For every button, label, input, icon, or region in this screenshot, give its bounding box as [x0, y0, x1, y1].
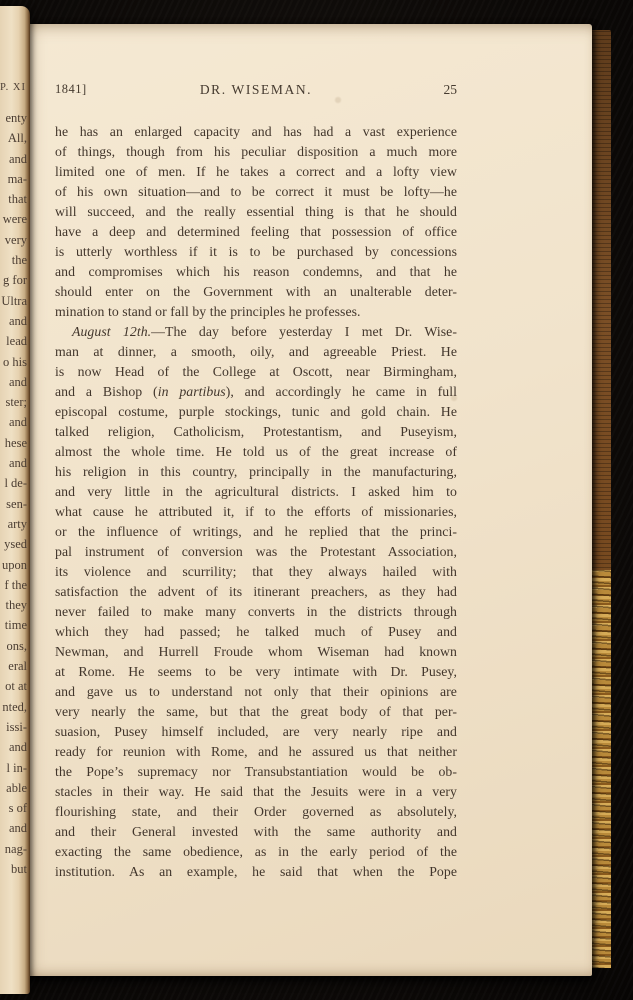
opposite-page-text-fragment: and [0, 737, 30, 757]
book-page: 1841] DR. WISEMAN. 25 he has an enlarged… [26, 24, 592, 976]
text-line: and gave us to understand not only that … [55, 682, 457, 702]
opposite-page-text-fragment: ma- [0, 169, 30, 189]
text-line: should enter on the Government with an u… [55, 282, 457, 302]
text-segment: exacting the same obedience, as in the e… [55, 844, 457, 859]
opposite-page-text-fragment: lead [0, 331, 30, 351]
opposite-page-text-fragment: issi- [0, 717, 30, 737]
page-header: 1841] DR. WISEMAN. 25 [55, 82, 457, 102]
text-segment: which they had passed; he talked much of… [55, 624, 457, 639]
text-line: which they had passed; he talked much of… [55, 622, 457, 642]
text-line: the Pope’s supremacy nor Transubstantiat… [55, 762, 457, 782]
gilt-pattern [590, 570, 611, 968]
opposite-page-text-fragment: ons, [0, 636, 30, 656]
text-line: and their General invested with the same… [55, 822, 457, 842]
text-line: satisfaction the advent of its itinerant… [55, 582, 457, 602]
opposite-page-text-fragment: nag- [0, 839, 30, 859]
text-segment: have a deep and determined feeling that … [55, 224, 457, 239]
text-line: mination to stand or fall by the princip… [55, 302, 457, 322]
opposite-page-text-fragment: they [0, 595, 30, 615]
opposite-page-text-fragment: Ultra [0, 291, 30, 311]
text-line: man at dinner, a smooth, oily, and agree… [55, 342, 457, 362]
opposite-page-text-fragment: ot at [0, 676, 30, 696]
opposite-page-text-fragment: upon [0, 555, 30, 575]
text-segment: will succeed, and the really essential t… [55, 204, 457, 219]
text-line: have a deep and determined feeling that … [55, 222, 457, 242]
opposite-page-text-fragment: were [0, 209, 30, 229]
opposite-page-text-fragment: and [0, 311, 30, 331]
text-line: August 12th.—The day before yesterday I … [55, 322, 457, 342]
header-page-number: 25 [444, 82, 458, 98]
text-segment: pal instrument of conversion was the Pro… [55, 544, 457, 559]
opposite-page-text-fragment: All, [0, 128, 30, 148]
text-line: what cause he attributed it, if to the e… [55, 502, 457, 522]
text-line: Newman, and Hurrell Froude whom Wiseman … [55, 642, 457, 662]
text-line: suasion, Pusey himself included, are ver… [55, 722, 457, 742]
opposite-page-text-fragment: time [0, 615, 30, 635]
text-line: pal instrument of conversion was the Pro… [55, 542, 457, 562]
text-segment: the Pope’s supremacy nor Transubstantiat… [55, 764, 457, 779]
opposite-page-text-fragment: l de- [0, 473, 30, 493]
text-line: or the influence of writings, and he rep… [55, 522, 457, 542]
text-segment: suasion, Pusey himself included, are ver… [55, 724, 457, 739]
opposite-page-fragments: entyAll,andma-thatwereverytheg forUltraa… [0, 108, 30, 879]
opposite-page-text-fragment: o his [0, 352, 30, 372]
text-segment: of things, though from his peculiar disp… [55, 144, 457, 159]
text-line: at Rome. He seems to be very intimate wi… [55, 662, 457, 682]
book-fore-edge [590, 30, 611, 968]
text-segment: and compromises which his reason condemn… [55, 264, 457, 279]
text-segment: of his own situation—and to be correct i… [55, 184, 457, 199]
text-line: and a Bishop (in partibus), and accordin… [55, 382, 457, 402]
opposite-page-text-fragment: very [0, 230, 30, 250]
text-segment: stacles in their way. He said that the J… [55, 784, 457, 799]
opposite-page-text-fragment: sen- [0, 494, 30, 514]
text-segment-italic: in partibus [158, 384, 226, 399]
opposite-page-text-fragment: l in- [0, 758, 30, 778]
text-line: very nearly the same, but that the great… [55, 702, 457, 722]
text-line: ready for reunion with Rome, and he assu… [55, 742, 457, 762]
photo-background: P. XI entyAll,andma-thatwereverytheg for… [0, 0, 633, 1000]
text-segment: and their General invested with the same… [55, 824, 457, 839]
text-line: episcopal costume, purple stockings, tun… [55, 402, 457, 422]
text-segment: its violence and scurrility; that they a… [55, 564, 457, 579]
text-segment: or the influence of writings, and he rep… [55, 524, 457, 539]
text-segment: and a Bishop ( [55, 384, 158, 399]
opposite-page-text-fragment: nted, [0, 697, 30, 717]
text-segment: talked religion, Catholicism, Protestant… [55, 424, 457, 439]
text-line: his religion in this country, principall… [55, 462, 457, 482]
text-segment: ready for reunion with Rome, and he assu… [55, 744, 457, 759]
text-segment: at Rome. He seems to be very intimate wi… [55, 664, 457, 679]
text-line: is utterly worthless if it is to be purc… [55, 242, 457, 262]
text-segment: ), and accordingly he came in full [226, 384, 457, 399]
opposite-page-edge: P. XI entyAll,andma-thatwereverytheg for… [0, 6, 30, 994]
text-segment: what cause he attributed it, if to the e… [55, 504, 457, 519]
text-segment-italic: August 12th. [72, 324, 151, 339]
text-segment: satisfaction the advent of its itinerant… [55, 584, 457, 599]
opposite-page-text-fragment: eral [0, 656, 30, 676]
text-line: almost the whole time. He told us of the… [55, 442, 457, 462]
opposite-page-text-fragment: arty [0, 514, 30, 534]
text-segment: his religion in this country, principall… [55, 464, 457, 479]
text-segment: almost the whole time. He told us of the… [55, 444, 457, 459]
opposite-page-text-fragment: ster; [0, 392, 30, 412]
text-line: stacles in their way. He said that the J… [55, 782, 457, 802]
text-segment: very nearly the same, but that the great… [55, 704, 457, 719]
opposite-page-text-fragment: g for [0, 270, 30, 290]
opposite-page-text-fragment: enty [0, 108, 30, 128]
text-segment: limited one of men. If he takes a correc… [55, 164, 457, 179]
text-segment: and gave us to understand not only that … [55, 684, 457, 699]
opposite-page-text-fragment: but [0, 859, 30, 879]
text-segment: never failed to make many converts in th… [55, 604, 457, 619]
text-segment: man at dinner, a smooth, oily, and agree… [55, 344, 457, 359]
text-line: institution. As an example, he said that… [55, 862, 457, 882]
text-line: he has an enlarged capacity and has had … [55, 122, 457, 142]
text-line: exacting the same obedience, as in the e… [55, 842, 457, 862]
opposite-page-text-fragment: and [0, 372, 30, 392]
opposite-page-header-fragment: P. XI [0, 82, 26, 93]
text-segment: flourishing state, and their Order gover… [55, 804, 457, 819]
opposite-page-text-fragment: f the [0, 575, 30, 595]
text-line: limited one of men. If he takes a correc… [55, 162, 457, 182]
text-segment: Newman, and Hurrell Froude whom Wiseman … [55, 644, 457, 659]
page-body: he has an enlarged capacity and has had … [55, 122, 457, 882]
text-segment: episcopal costume, purple stockings, tun… [55, 404, 457, 419]
text-segment: is now Head of the College at Oscott, ne… [55, 364, 457, 379]
text-line: is now Head of the College at Oscott, ne… [55, 362, 457, 382]
text-line: talked religion, Catholicism, Protestant… [55, 422, 457, 442]
text-line: flourishing state, and their Order gover… [55, 802, 457, 822]
opposite-page-text-fragment: s of [0, 798, 30, 818]
opposite-page-text-fragment: and [0, 149, 30, 169]
text-line: of things, though from his peculiar disp… [55, 142, 457, 162]
text-line: and compromises which his reason condemn… [55, 262, 457, 282]
text-segment: institution. As an example, he said that… [55, 864, 457, 879]
header-title: DR. WISEMAN. [55, 82, 457, 98]
text-segment: mination to stand or fall by the princip… [55, 304, 361, 319]
text-line: its violence and scurrility; that they a… [55, 562, 457, 582]
opposite-page-text-fragment: that [0, 189, 30, 209]
opposite-page-text-fragment: and [0, 818, 30, 838]
text-line: will succeed, and the really essential t… [55, 202, 457, 222]
text-segment: and very little in the agricultural dist… [55, 484, 457, 499]
text-segment: is utterly worthless if it is to be purc… [55, 244, 457, 259]
text-segment: —The day before yesterday I met Dr. Wise… [151, 324, 457, 339]
opposite-page-text-fragment: and [0, 412, 30, 432]
opposite-page-text-fragment: hese [0, 433, 30, 453]
text-segment: he has an enlarged capacity and has had … [55, 124, 457, 139]
opposite-page-text-fragment: the [0, 250, 30, 270]
text-segment: should enter on the Government with an u… [55, 284, 457, 299]
opposite-page-text-fragment: able [0, 778, 30, 798]
opposite-page-text-fragment: and [0, 453, 30, 473]
text-line: of his own situation—and to be correct i… [55, 182, 457, 202]
text-line: and very little in the agricultural dist… [55, 482, 457, 502]
opposite-page-text-fragment: ysed [0, 534, 30, 554]
text-line: never failed to make many converts in th… [55, 602, 457, 622]
